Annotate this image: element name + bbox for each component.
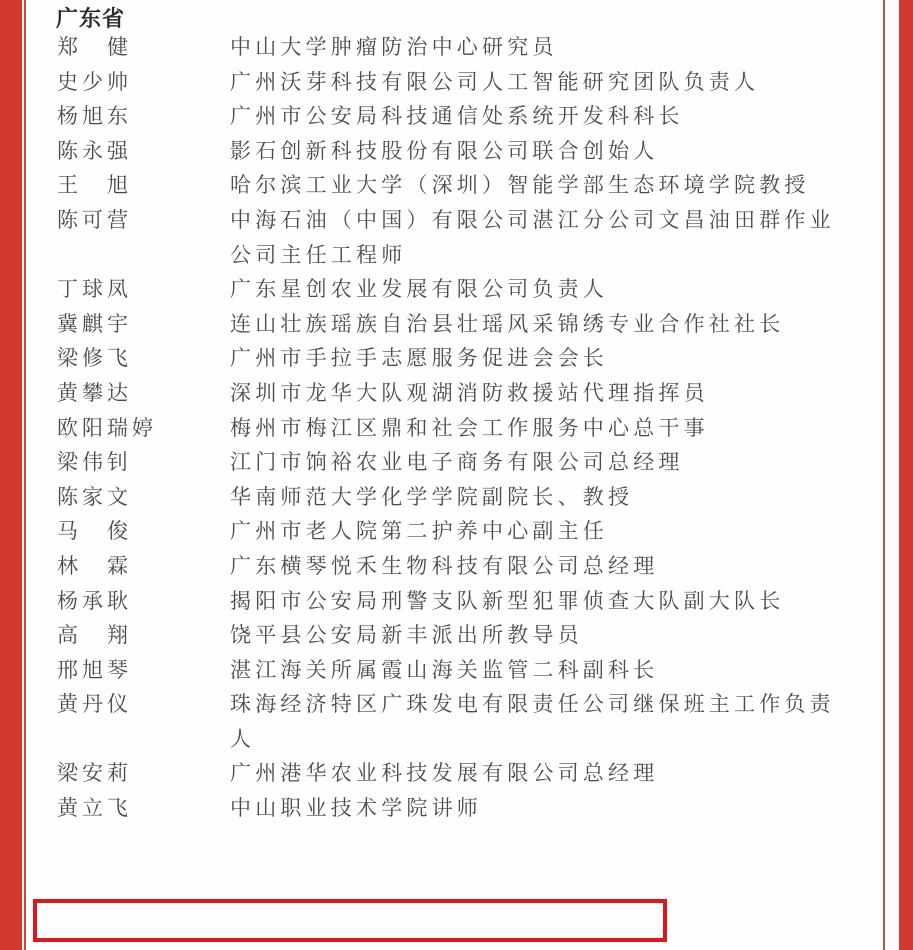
list-item: 黄丹仪 珠海经济特区广珠发电有限责任公司继保班主工作负责人 [26, 687, 883, 756]
person-title: 揭阳市公安局刑警支队新型犯罪侦查大队副大队长 [230, 584, 850, 619]
list-item: 陈家文 华南师范大学化学学院副院长、教授 [26, 480, 883, 515]
person-name: 郑 健 [26, 30, 230, 65]
list-item: 邢旭琴 湛江海关所属霞山海关监管二科副科长 [26, 653, 883, 688]
list-item-highlighted: 黄立飞 中山职业技术学院讲师 [26, 791, 883, 826]
person-title: 珠海经济特区广珠发电有限责任公司继保班主工作负责人 [230, 687, 850, 756]
list-item: 王 旭 哈尔滨工业大学（深圳）智能学部生态环境学院教授 [26, 168, 883, 203]
person-name: 陈可营 [26, 203, 230, 238]
highlight-box [33, 899, 667, 942]
person-name: 丁球凤 [26, 272, 230, 307]
person-title: 中山大学肿瘤防治中心研究员 [230, 30, 850, 65]
person-name: 黄立飞 [26, 791, 230, 826]
person-title: 连山壮族瑶族自治县壮瑶风采锦绣专业合作社社长 [230, 307, 850, 342]
person-title: 广州港华农业科技发展有限公司总经理 [230, 756, 850, 791]
person-title: 深圳市龙华大队观湖消防救援站代理指挥员 [230, 376, 850, 411]
person-name: 欧阳瑞婷 [26, 411, 230, 446]
frame-border-left [0, 0, 22, 950]
list-item: 林 霖 广东横琴悦禾生物科技有限公司总经理 [26, 549, 883, 584]
person-name: 陈家文 [26, 480, 230, 515]
person-name: 黄丹仪 [26, 687, 230, 722]
person-name: 冀麒宇 [26, 307, 230, 342]
person-title: 哈尔滨工业大学（深圳）智能学部生态环境学院教授 [230, 168, 850, 203]
person-name: 高 翔 [26, 618, 230, 653]
list-item: 梁伟钊 江门市饷裕农业电子商务有限公司总经理 [26, 445, 883, 480]
person-title: 广东横琴悦禾生物科技有限公司总经理 [230, 549, 850, 584]
list-item: 丁球凤 广东星创农业发展有限公司负责人 [26, 272, 883, 307]
person-title: 中山职业技术学院讲师 [230, 791, 850, 826]
list-item: 黄攀达 深圳市龙华大队观湖消防救援站代理指挥员 [26, 376, 883, 411]
list-item: 杨旭东 广州市公安局科技通信处系统开发科科长 [26, 99, 883, 134]
person-title: 广州沃芽科技有限公司人工智能研究团队负责人 [230, 65, 850, 100]
person-name: 邢旭琴 [26, 653, 230, 688]
list-item: 马 俊 广州市老人院第二护养中心副主任 [26, 514, 883, 549]
list-item: 杨承耿 揭阳市公安局刑警支队新型犯罪侦查大队副大队长 [26, 584, 883, 619]
person-name: 马 俊 [26, 514, 230, 549]
person-name: 杨承耿 [26, 584, 230, 619]
person-name: 梁伟钊 [26, 445, 230, 480]
frame-border-right [899, 0, 913, 950]
person-name: 王 旭 [26, 168, 230, 203]
person-name: 陈永强 [26, 134, 230, 169]
person-name: 黄攀达 [26, 376, 230, 411]
list-item: 郑 健 中山大学肿瘤防治中心研究员 [26, 30, 883, 65]
person-title: 饶平县公安局新丰派出所教导员 [230, 618, 850, 653]
list-item: 欧阳瑞婷 梅州市梅江区鼎和社会工作服务中心总干事 [26, 411, 883, 446]
person-name: 梁修飞 [26, 341, 230, 376]
person-name: 梁安莉 [26, 756, 230, 791]
section-heading: 广东省 [56, 2, 125, 33]
person-title: 影石创新科技股份有限公司联合创始人 [230, 134, 850, 169]
list-item: 史少帅 广州沃芽科技有限公司人工智能研究团队负责人 [26, 65, 883, 100]
person-title: 广州市公安局科技通信处系统开发科科长 [230, 99, 850, 134]
person-title: 广州市老人院第二护养中心副主任 [230, 514, 850, 549]
person-title: 江门市饷裕农业电子商务有限公司总经理 [230, 445, 850, 480]
person-title: 梅州市梅江区鼎和社会工作服务中心总干事 [230, 411, 850, 446]
entry-list: 郑 健 中山大学肿瘤防治中心研究员 史少帅 广州沃芽科技有限公司人工智能研究团队… [26, 30, 883, 826]
document-page: 广东省 郑 健 中山大学肿瘤防治中心研究员 史少帅 广州沃芽科技有限公司人工智能… [26, 0, 883, 950]
person-title: 广州市手拉手志愿服务促进会会长 [230, 341, 850, 376]
frame-rule-right [883, 0, 885, 950]
person-title: 中海石油（中国）有限公司湛江分公司文昌油田群作业公司主任工程师 [230, 203, 850, 272]
person-title: 华南师范大学化学学院副院长、教授 [230, 480, 850, 515]
person-title: 广东星创农业发展有限公司负责人 [230, 272, 850, 307]
list-item: 高 翔 饶平县公安局新丰派出所教导员 [26, 618, 883, 653]
list-item: 冀麒宇 连山壮族瑶族自治县壮瑶风采锦绣专业合作社社长 [26, 307, 883, 342]
person-name: 史少帅 [26, 65, 230, 100]
list-item: 陈可营 中海石油（中国）有限公司湛江分公司文昌油田群作业公司主任工程师 [26, 203, 883, 272]
list-item: 梁安莉 广州港华农业科技发展有限公司总经理 [26, 756, 883, 791]
document-frame: 广东省 郑 健 中山大学肿瘤防治中心研究员 史少帅 广州沃芽科技有限公司人工智能… [0, 0, 913, 950]
person-name: 林 霖 [26, 549, 230, 584]
person-title: 湛江海关所属霞山海关监管二科副科长 [230, 653, 850, 688]
list-item: 陈永强 影石创新科技股份有限公司联合创始人 [26, 134, 883, 169]
person-name: 杨旭东 [26, 99, 230, 134]
list-item: 梁修飞 广州市手拉手志愿服务促进会会长 [26, 341, 883, 376]
